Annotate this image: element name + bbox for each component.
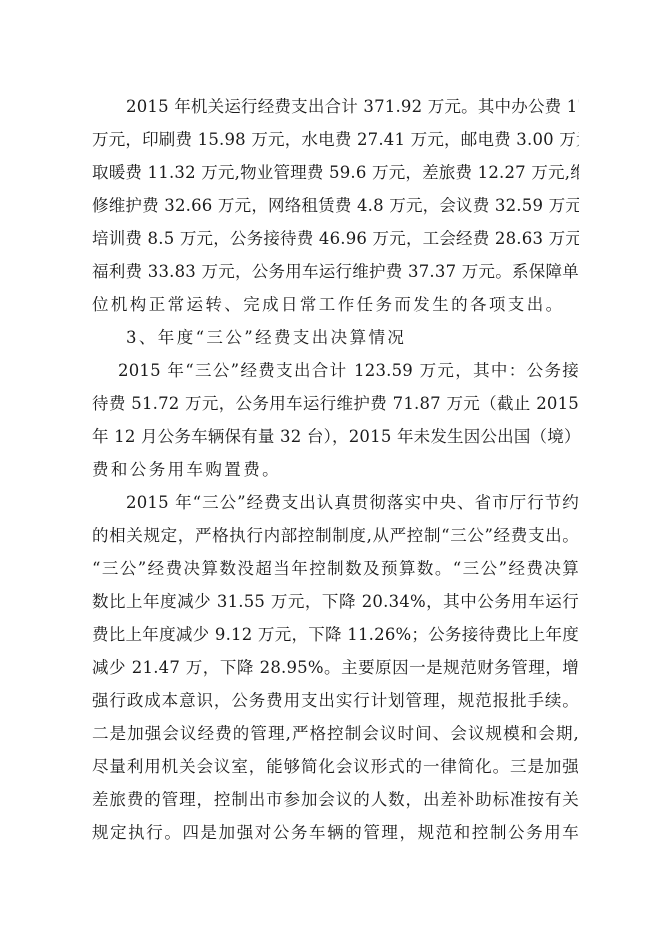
text-line: 费和公务用车购置费。: [92, 453, 579, 486]
paragraph-operating-expenses: 2015 年机关运行经费支出合计 371.92 万元。其中办公费 17 万元，印…: [92, 90, 579, 321]
text-line: 强行政成本意识，公务费用支出实行计划管理，规范报批手续。: [92, 684, 579, 717]
text-line: 减少 21.47 万，下降 28.95%。主要原因一是规范财务管理，增: [92, 651, 579, 684]
text-line: 取暖费 11.32 万元,物业管理费 59.6 万元，差旅费 12.27 万元,…: [92, 156, 579, 189]
text-line: 费比上年度减少 9.12 万元，下降 11.26%；公务接待费比上年度: [92, 618, 579, 651]
document-body: 2015 年机关运行经费支出合计 371.92 万元。其中办公费 17 万元，印…: [92, 90, 579, 849]
text-line: 2015 年“三公”经费支出合计 123.59 万元，其中：公务接: [92, 354, 579, 387]
text-line: 二是加强会议经费的管理,严格控制会议时间、会议规模和会期,: [92, 717, 579, 750]
paragraph-three-public-total: 2015 年“三公”经费支出合计 123.59 万元，其中：公务接 待费 51.…: [92, 354, 579, 486]
section-heading: 3、年度“三公”经费支出决算情况: [92, 321, 579, 354]
text-line: 2015 年机关运行经费支出合计 371.92 万元。其中办公费 17: [92, 90, 579, 123]
text-line: “三公”经费决算数没超当年控制数及预算数。“三公”经费决算: [92, 552, 579, 585]
document-page: 2015 年机关运行经费支出合计 371.92 万元。其中办公费 17 万元，印…: [0, 0, 662, 936]
text-line: 福利费 33.83 万元，公务用车运行维护费 37.37 万元。系保障单: [92, 255, 579, 288]
text-line: 差旅费的管理，控制出市参加会议的人数，出差补助标准按有关: [92, 783, 579, 816]
text-line: 培训费 8.5 万元，公务接待费 46.96 万元，工会经费 28.63 万元，: [92, 222, 579, 255]
text-line: 尽量利用机关会议室，能够简化会议形式的一律简化。三是加强: [92, 750, 579, 783]
text-line: 万元，印刷费 15.98 万元，水电费 27.41 万元，邮电费 3.00 万元…: [92, 123, 579, 156]
text-line: 修维护费 32.66 万元，网络租赁费 4.8 万元，会议费 32.59 万元，: [92, 189, 579, 222]
text-line: 的相关规定，严格执行内部控制制度,从严控制“三公”经费支出。: [92, 519, 579, 552]
text-line: 待费 51.72 万元，公务用车运行维护费 71.87 万元（截止 2015: [92, 387, 579, 420]
text-line: 数比上年度减少 31.55 万元，下降 20.34%，其中公务用车运行: [92, 585, 579, 618]
paragraph-three-public-analysis: 2015 年“三公”经费支出认真贯彻落实中央、省市厅行节约 的相关规定，严格执行…: [92, 486, 579, 849]
text-line: 规定执行。四是加强对公务车辆的管理，规范和控制公务用车: [92, 816, 579, 849]
text-line: 2015 年“三公”经费支出认真贯彻落实中央、省市厅行节约: [92, 486, 579, 519]
text-line: 位机构正常运转、完成日常工作任务而发生的各项支出。: [92, 288, 579, 321]
text-line: 年 12 月公务车辆保有量 32 台），2015 年未发生因公出国（境）: [92, 420, 579, 453]
